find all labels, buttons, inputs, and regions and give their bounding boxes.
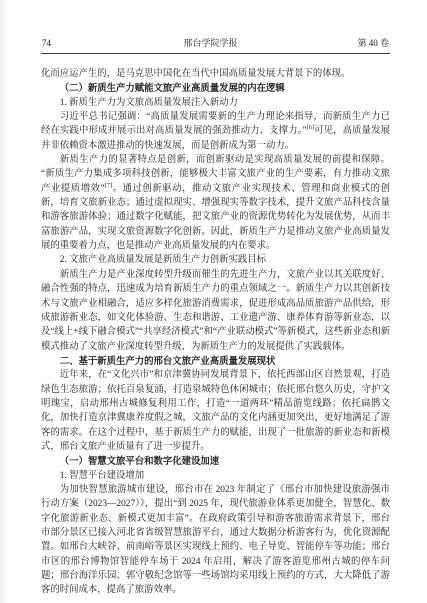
- subsection-heading: （一）智慧文旅平台和数字化建设加速: [41, 454, 390, 468]
- citation-marker: [7]: [105, 182, 112, 189]
- section-heading: 二、基于新质生产力的邢台文旅产业高质量发展现状: [41, 354, 390, 368]
- body-paragraph: 新质生产力的显著特点是创新，而创新驱动是实现高质量发展的前提和保障。“新质生产力…: [41, 153, 390, 253]
- header-rule: [41, 53, 390, 54]
- volume-label: 第 40 卷: [339, 38, 389, 49]
- page-number: 74: [42, 38, 82, 49]
- article-body: 化而应运产生的，是马克思中国化在当代中国高质量发展大背景下的体现。 （二）新质生…: [41, 67, 390, 598]
- subsection-heading: （二）新质生产力赋能文旅产业高质量发展的内在逻辑: [41, 81, 390, 95]
- body-paragraph: 为加快智慧旅游城市建设，邢台市在 2023 年制定了《邢台市加快建设旅游强市行动…: [41, 483, 390, 598]
- numbered-item: 1. 智慧平台建设增加: [41, 469, 390, 483]
- numbered-item: 2. 文旅产业高质量发展是新质生产力创新实践目标: [41, 253, 390, 267]
- journal-title: 邢台学院学报: [82, 38, 339, 49]
- body-paragraph: 习近平总书记强调：“高质量发展需要新的生产力理论来指导，而新质生产力已经在实践中…: [41, 110, 390, 153]
- body-paragraph: 近年来，在“文化兴市”和京津冀协同发展背景下，依托西部山区自然景观，打造绿色生态…: [41, 368, 390, 454]
- page-header: 74 邢台学院学报 第 40 卷: [41, 38, 390, 53]
- body-paragraph: 新质生产力是产业深度转型升级而催生的先进生产力，文旅产业以其关联度好、融合性强的…: [41, 268, 390, 354]
- numbered-item: 1. 新质生产力为文旅高质量发展注入新动力: [41, 96, 390, 110]
- body-paragraph: 化而应运产生的，是马克思中国化在当代中国高质量发展大背景下的体现。: [41, 67, 390, 81]
- journal-page: 74 邢台学院学报 第 40 卷 化而应运产生的，是马克思中国化在当代中国高质量…: [0, 0, 427, 603]
- citation-marker: [6]: [307, 124, 314, 131]
